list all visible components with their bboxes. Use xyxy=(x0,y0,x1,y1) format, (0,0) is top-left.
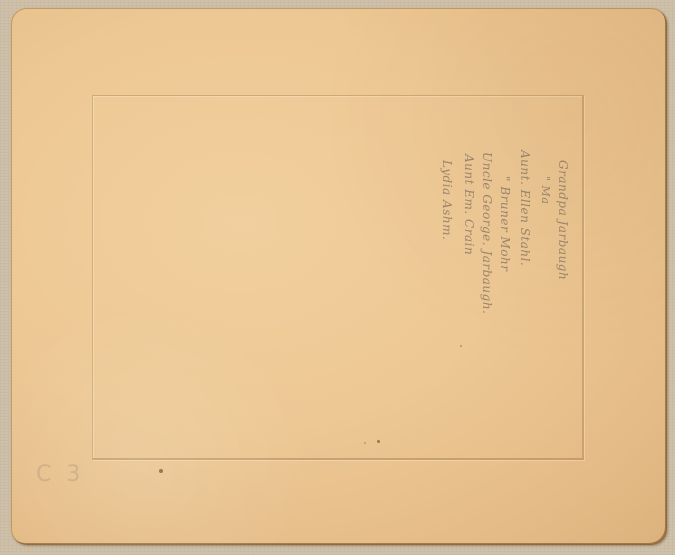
speck xyxy=(460,345,462,347)
speck xyxy=(364,442,366,444)
inscription-line-6: Aunt Em. Crain xyxy=(462,154,476,255)
handwritten-inscription: Grandpa Jarbaugh " Ma Aunt. Ellen Stahl.… xyxy=(418,150,588,450)
faint-pencil-mark: C 3 xyxy=(36,462,106,500)
inscription-line-4: " Bruner Mohr xyxy=(498,176,512,271)
inscription-line-1: Grandpa Jarbaugh xyxy=(556,160,570,280)
speck xyxy=(159,469,163,473)
inscription-line-5: Uncle George. Jarbaugh. xyxy=(480,152,494,314)
inscription-line-3: Aunt. Ellen Stahl. xyxy=(518,150,532,266)
inscription-line-2: " Ma xyxy=(539,176,552,204)
inscription-line-7: Lydia Ashm. xyxy=(440,160,454,240)
speck xyxy=(377,440,380,443)
